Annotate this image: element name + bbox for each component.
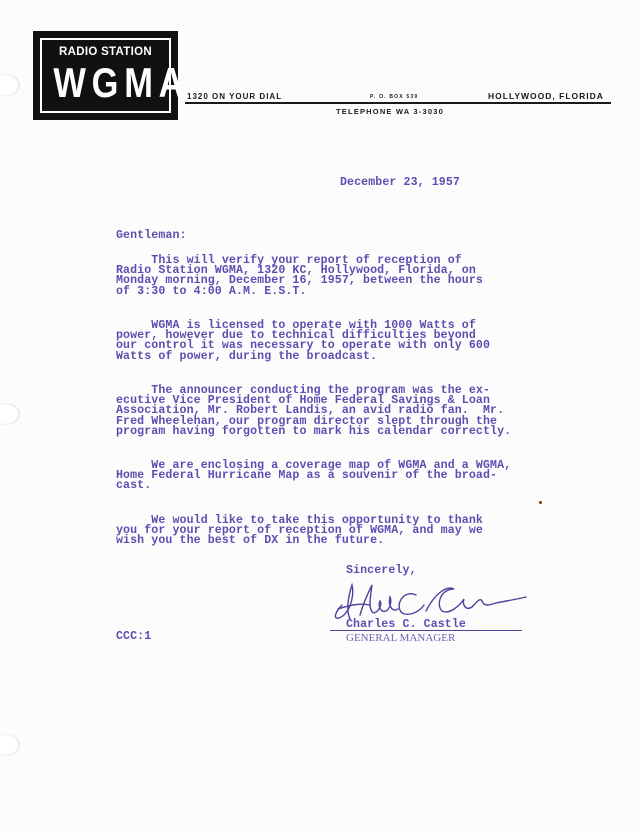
punch-hole <box>0 403 20 425</box>
logo-callsign: WGMA <box>53 58 157 108</box>
letterhead-rule <box>185 102 611 104</box>
body-paragraph: The announcer conducting the program was… <box>116 386 556 437</box>
salutation: Gentleman: <box>116 231 187 241</box>
letter-date: December 23, 1957 <box>340 178 460 188</box>
body-paragraph: This will verify your report of receptio… <box>116 256 556 297</box>
body-paragraph: We are enclosing a coverage map of WGMA … <box>116 461 556 492</box>
body-paragraph: We would like to take this opportunity t… <box>116 516 556 547</box>
punch-hole <box>0 734 20 756</box>
signer-name: Charles C. Castle <box>346 620 466 630</box>
station-logo: RADIO STATION WGMA <box>33 31 178 120</box>
telephone: TELEPHONE WA 3-3030 <box>336 107 444 116</box>
ink-speck <box>539 501 542 504</box>
signer-title: GENERAL MANAGER <box>346 632 455 644</box>
logo-frame: RADIO STATION WGMA <box>40 38 171 113</box>
po-box: P. O. BOX 539 <box>370 94 418 100</box>
reference-initials: CCC:1 <box>116 632 151 642</box>
punch-hole <box>0 74 20 96</box>
logo-radio-station: RADIO STATION <box>42 46 169 58</box>
dial-tagline: 1320 ON YOUR DIAL <box>187 92 282 101</box>
letter-page: RADIO STATION WGMA 1320 ON YOUR DIAL P. … <box>0 0 640 833</box>
body-paragraph: WGMA is licensed to operate with 1000 Wa… <box>116 321 556 362</box>
station-city: HOLLYWOOD, FLORIDA <box>488 91 604 101</box>
